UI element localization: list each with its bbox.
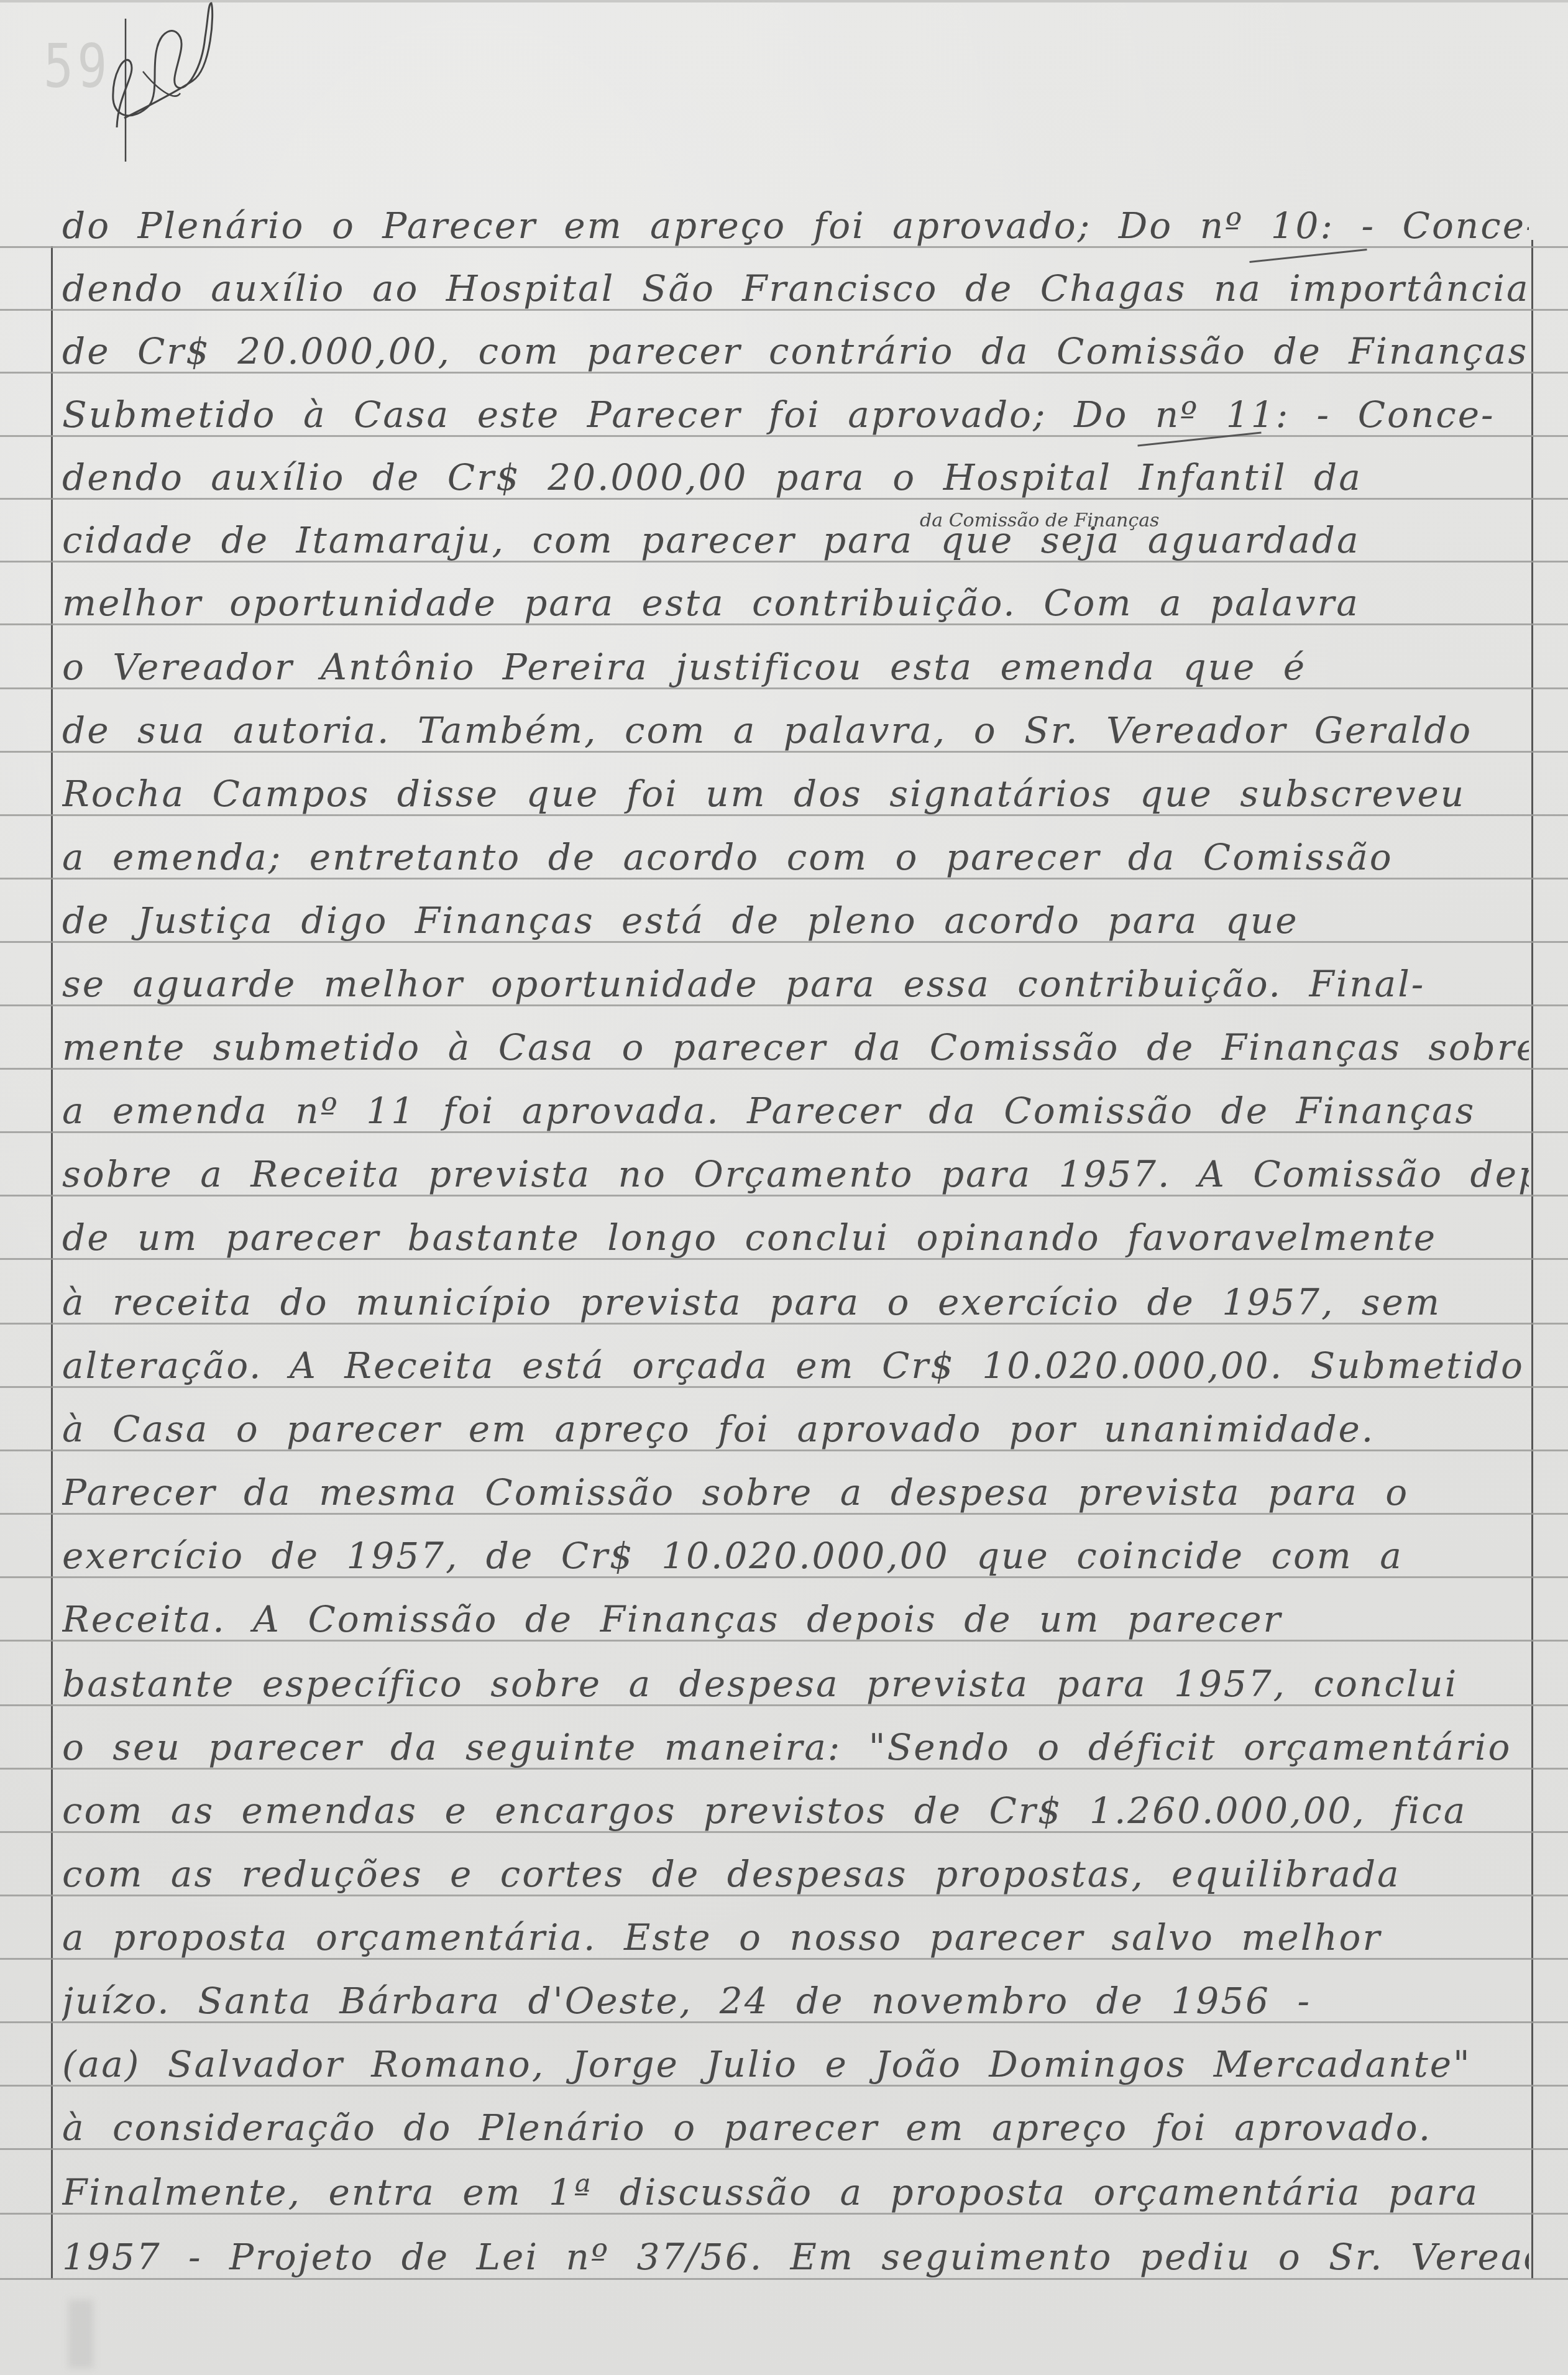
document-page: 59 do Plenário o Parecer em apreço foi a… xyxy=(0,0,1568,2375)
text-line: Rocha Campos disse que foi um dos signat… xyxy=(62,772,1529,815)
text-line: o Vereador Antônio Pereira justificou es… xyxy=(62,645,1529,689)
text-line: se aguarde melhor oportunidade para essa… xyxy=(62,962,1529,1006)
text-line: Receita. A Comissão de Finanças depois d… xyxy=(62,1597,1529,1641)
text-line: de sua autoria. Também, com a palavra, o… xyxy=(62,709,1529,752)
text-line: Parecer da mesma Comissão sobre a despes… xyxy=(62,1471,1529,1514)
text-line: de Justiça digo Finanças está de pleno a… xyxy=(62,899,1529,942)
text-line: dendo auxílio de Cr$ 20.000,00 para o Ho… xyxy=(62,456,1529,499)
text-line: juízo. Santa Bárbara d'Oeste, 24 de nove… xyxy=(62,1979,1529,2023)
text-line: sobre a Receita prevista no Orçamento pa… xyxy=(62,1152,1529,1196)
text-line: Submetido à Casa este Parecer foi aprova… xyxy=(62,393,1529,436)
text-line: a emenda nº 11 foi aprovada. Parecer da … xyxy=(62,1089,1529,1132)
text-line: (aa) Salvador Romano, Jorge Julio e João… xyxy=(62,2042,1529,2086)
text-line: à consideração do Plenário o parecer em … xyxy=(62,2106,1529,2149)
text-line: exercício de 1957, de Cr$ 10.020.000,00 … xyxy=(62,1534,1529,1578)
text-line: Finalmente, entra em 1ª discussão a prop… xyxy=(62,2171,1529,2214)
text-line: do Plenário o Parecer em apreço foi apro… xyxy=(62,204,1529,247)
text-line: bastante específico sobre a despesa prev… xyxy=(62,1662,1529,1706)
text-line: melhor oportunidade para esta contribuiç… xyxy=(62,581,1529,625)
text-line: de um parecer bastante longo conclui opi… xyxy=(62,1216,1529,1259)
text-line: a proposta orçamentária. Este o nosso pa… xyxy=(62,1916,1529,1959)
text-line: com as emendas e encargos previstos de C… xyxy=(62,1789,1529,1832)
interlinear-insertion: da Comissão de Finanças xyxy=(920,510,1159,531)
text-line: dendo auxílio ao Hospital São Francisco … xyxy=(62,267,1529,310)
text-line: à receita do município prevista para o e… xyxy=(62,1280,1529,1324)
text-line: 1957 - Projeto de Lei nº 37/56. Em segui… xyxy=(62,2235,1529,2279)
left-margin-line xyxy=(51,246,53,2279)
text-line: a emenda; entretanto de acordo com o par… xyxy=(62,835,1529,879)
text-line: de Cr$ 20.000,00, com parecer contrário … xyxy=(62,329,1529,373)
text-line: alteração. A Receita está orçada em Cr$ … xyxy=(62,1344,1529,1387)
rubric-signature-icon xyxy=(99,0,224,168)
page-top-edge xyxy=(0,0,1568,2)
underline-mark xyxy=(1249,249,1367,263)
paper-smudge xyxy=(68,2300,93,2368)
text-line: à Casa o parecer em apreço foi aprovado … xyxy=(62,1407,1529,1451)
text-line: mente submetido à Casa o parecer da Comi… xyxy=(62,1026,1529,1069)
text-line: com as reduções e cortes de despesas pro… xyxy=(62,1852,1529,1896)
text-line: cidade de Itamaraju, com parecer para qu… xyxy=(62,518,1529,562)
text-line: o seu parecer da seguinte maneira: "Send… xyxy=(62,1725,1529,1769)
